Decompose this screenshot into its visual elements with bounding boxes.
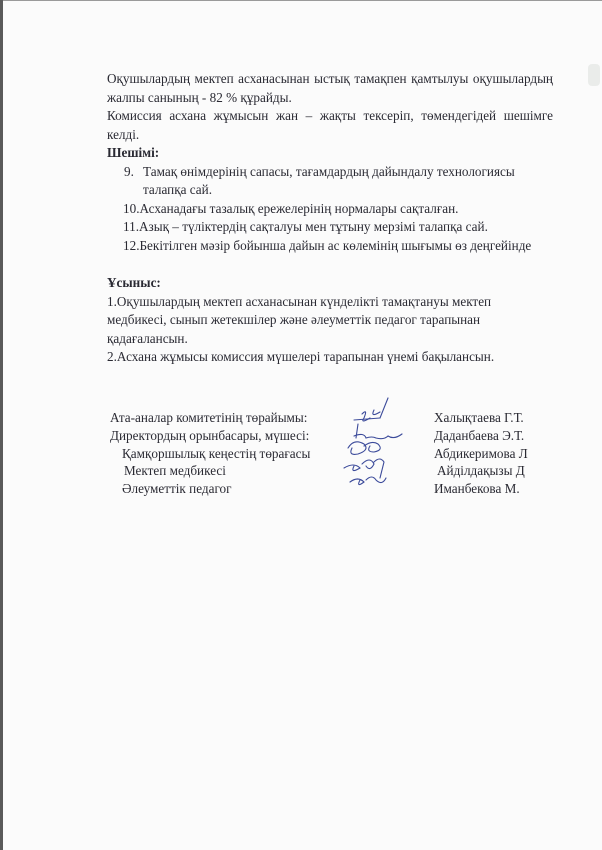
signatory-row: Қамқоршылық кеңестің төрағасы Абдикеримо… xyxy=(110,445,570,463)
item-number: 11. xyxy=(123,219,139,234)
signatory-name: Айділдақызы Д xyxy=(437,462,525,480)
decision-item: 9. Тамақ өнімдерінің сапасы, тағамдардың… xyxy=(107,163,553,200)
document-body: Оқушылардың мектеп асханасынан ыстық там… xyxy=(107,70,553,367)
signatory-name: Абдикеримова Л xyxy=(434,445,528,463)
decision-item: 12.Бекітілген мәзір бойынша дайын ас көл… xyxy=(107,237,553,256)
signatory-row: Ата-аналар комитетінің төрайымы: Халықта… xyxy=(110,409,570,427)
intro-paragraph-2: Комиссия асхана жұмысын жан – жақты текс… xyxy=(107,107,553,144)
signatory-role: Директордың орынбасары, мүшесі: xyxy=(110,427,309,445)
signatory-row: Мектеп медбикесі Айділдақызы Д xyxy=(110,462,570,480)
scan-smudge xyxy=(588,64,600,86)
signatory-name: Даданбаева Э.Т. xyxy=(434,427,524,445)
item-number: 10. xyxy=(123,201,139,216)
decision-item: 11.Азық – түліктердің сақталуы мен тұтын… xyxy=(107,218,553,237)
proposal-item-2: 2.Асхана жұмысы комиссия мүшелері тарапы… xyxy=(107,348,553,367)
signatory-row: Әлеуметтік педагог Иманбекова М. xyxy=(110,480,570,498)
signatory-role: Ата-аналар комитетінің төрайымы: xyxy=(110,409,307,427)
signatory-role: Қамқоршылық кеңестің төрағасы xyxy=(122,445,310,463)
proposal-item-1: 1.Оқушылардың мектеп асханасынан күнделі… xyxy=(107,293,553,349)
item-number: 9. xyxy=(124,163,134,182)
signatory-row: Директордың орынбасары, мүшесі: Даданбае… xyxy=(110,427,570,445)
signatories-block: Ата-аналар комитетінің төрайымы: Халықта… xyxy=(110,409,570,498)
item-text: Тамақ өнімдерінің сапасы, тағамдардың да… xyxy=(143,164,515,198)
proposal-heading: Ұсыныс: xyxy=(107,274,553,293)
decision-list: 9. Тамақ өнімдерінің сапасы, тағамдардың… xyxy=(107,163,553,256)
item-number: 12. xyxy=(123,238,139,253)
decision-item: 10.Асханадағы тазалық ережелерінің норма… xyxy=(107,200,553,219)
signatory-role: Әлеуметтік педагог xyxy=(122,480,232,498)
scan-top-edge xyxy=(0,0,602,1)
signatory-name: Халықтаева Г.Т. xyxy=(434,409,524,427)
intro-paragraph-1: Оқушылардың мектеп асханасынан ыстық там… xyxy=(107,70,553,107)
scan-left-edge xyxy=(0,0,3,850)
item-text: Бекітілген мәзір бойынша дайын ас көлемі… xyxy=(139,238,531,253)
decision-heading: Шешімі: xyxy=(107,144,553,163)
item-text: Азық – түліктердің сақталуы мен тұтыну м… xyxy=(139,219,488,234)
signatory-role: Мектеп медбикесі xyxy=(124,462,226,480)
signatory-name: Иманбекова М. xyxy=(434,480,520,498)
item-text: Асханадағы тазалық ережелерінің нормалар… xyxy=(139,201,458,216)
